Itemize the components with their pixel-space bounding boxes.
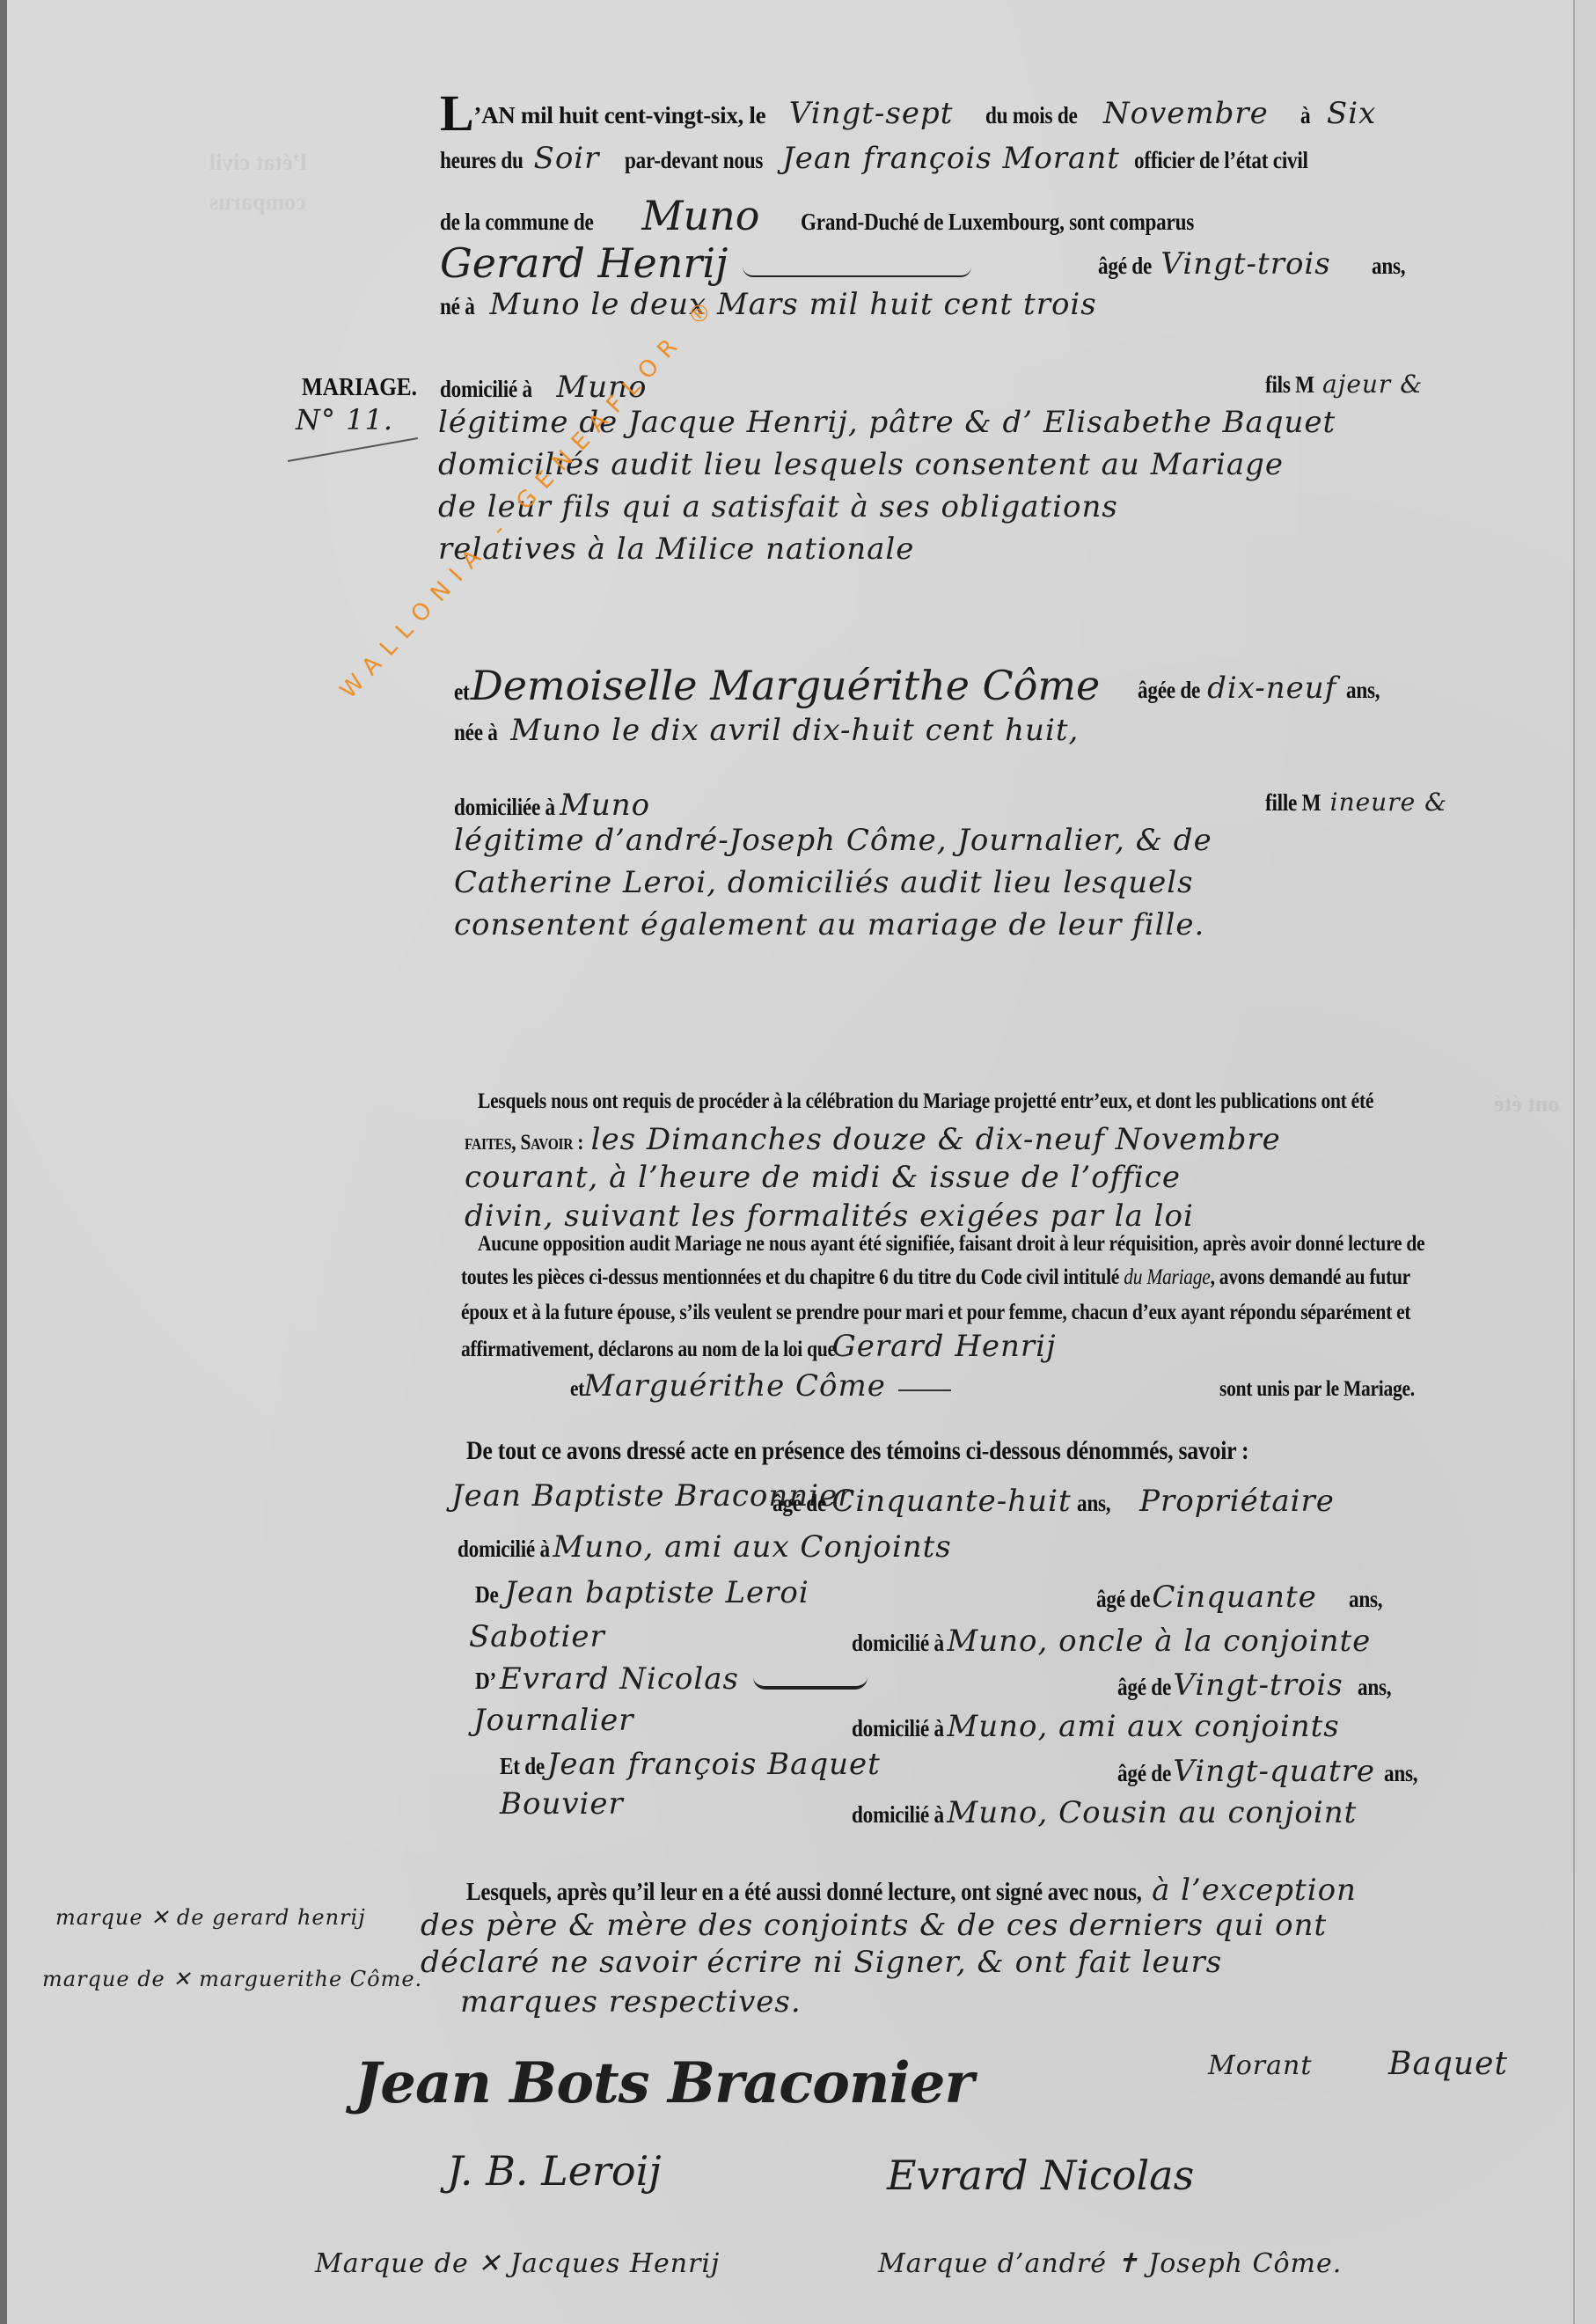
signature-leroi: J. B. Leroij <box>447 2147 662 2195</box>
publications-line-4: divin, suivant les formalités exigées pa… <box>465 1199 1194 1234</box>
printed-text: heures du <box>440 147 523 174</box>
bride-birth-line: née à Muno le dix avril dix-huit cent hu… <box>454 713 1079 748</box>
united-text: sont unis par le Mariage. <box>1219 1377 1415 1402</box>
witness-2-domicile-line: domicilié à Muno, oncle à la conjointe <box>852 1624 1371 1659</box>
bride-birth: Muno le dix avril dix-huit cent huit, <box>510 713 1079 748</box>
printed-text: Et de <box>500 1753 545 1780</box>
bride-status: ineure & <box>1330 788 1447 817</box>
bleed-through-text: ont été <box>1494 1091 1559 1118</box>
publications-line-2: faites, Savoir : les Dimanches douze & d… <box>465 1122 1281 1157</box>
declaration-line-5: et Marguérithe Côme <box>570 1368 958 1404</box>
groom-fils-line: fils Majeur & <box>1265 370 1423 399</box>
witness-3-domicile: Muno, ami aux conjoints <box>947 1709 1339 1744</box>
bride-age-line: âgée de dix-neuf ans, <box>1138 671 1385 706</box>
printed-text: à <box>1300 102 1310 129</box>
witness-2-line: De Jean baptiste Leroi <box>475 1575 809 1610</box>
witness-2-occupation: Sabotier <box>469 1619 605 1654</box>
printed-text: ans, <box>1346 677 1380 704</box>
mark-andre-joseph-come: Marque d’andré ✝ Joseph Côme. <box>878 2248 1342 2279</box>
groom-line: Gerard Henrij <box>440 239 980 287</box>
printed-text: affirmativement, déclarons au nom de la … <box>461 1338 836 1362</box>
header-line-2: heures du Soir par-devant nous Jean fran… <box>440 141 1336 176</box>
printed-text: domicilié à <box>852 1801 944 1829</box>
printed-text: officier de l’état civil <box>1134 147 1308 174</box>
dash <box>898 1389 951 1391</box>
witness-1-occupation: Propriétaire <box>1139 1484 1335 1519</box>
printed-text: Grand-Duché de Luxembourg, sont comparus <box>801 209 1194 236</box>
printed-text: De <box>475 1581 499 1609</box>
closing-line-1: Lesquels, après qu’il leur en a été auss… <box>466 1873 1357 1908</box>
signature-braconnier: Jean Bots Braconier <box>355 2050 973 2116</box>
bride-name: Demoiselle Marguérithe Côme <box>471 662 1100 709</box>
signature-baquet: Baquet <box>1388 2046 1508 2082</box>
closing-exception: à l’exception <box>1152 1873 1357 1908</box>
witness-2-domicile: Muno, oncle à la conjointe <box>947 1624 1371 1659</box>
declaration-line-3: époux et à la future épouse, s’ils veule… <box>461 1301 1410 1325</box>
witness-4-domicile: Muno, Cousin au conjoint <box>947 1795 1357 1830</box>
register-page: l’état civil comparus ont été MARIAGE. N… <box>7 0 1573 2324</box>
witness-1-domicile-line: domicilié à Muno, ami aux Conjoints <box>458 1529 952 1565</box>
printed-text: et <box>570 1377 584 1402</box>
witness-3-occupation: Journalier <box>473 1703 634 1738</box>
commune-field: Muno <box>641 192 759 239</box>
witness-2-name: Jean baptiste Leroi <box>504 1575 809 1610</box>
day-field: Vingt-sept <box>789 96 954 131</box>
printed-text: âgé de <box>1096 1586 1150 1613</box>
printed-text: né à <box>440 293 475 320</box>
witness-1-age: Cinquante-huit <box>831 1484 1071 1519</box>
printed-text: domicilié à <box>852 1630 944 1657</box>
publications-text: Lesquels nous ont requis de procéder à l… <box>478 1089 1373 1114</box>
bleed-through-text: l’état civil <box>209 150 306 176</box>
signature-officer: Morant <box>1208 2050 1312 2081</box>
witness-4-line: Et de Jean françois Baquet <box>500 1747 881 1782</box>
printed-text: ans, <box>1358 1674 1391 1701</box>
printed-text: âgé de <box>1117 1760 1171 1787</box>
publication-dates: les Dimanches douze & dix-neuf Novembre <box>591 1122 1281 1157</box>
printed-text: D’ <box>475 1668 496 1695</box>
margin-rule <box>288 437 418 462</box>
witness-3-domicile-line: domicilié à Muno, ami aux conjoints <box>852 1709 1340 1744</box>
declaration-line-1: Aucune opposition audit Mariage ne nous … <box>478 1232 1424 1257</box>
witness-3-age: Vingt-trois <box>1173 1668 1343 1703</box>
margin-title: MARIAGE. <box>302 374 417 402</box>
printed-text: du mois de <box>985 102 1078 129</box>
bride-domicile: Muno <box>560 788 650 823</box>
closing-line-4: marques respectives. <box>460 1984 802 2020</box>
printed-text: ’AN mil huit cent-vingt-six, le <box>473 102 765 128</box>
mark-jacques-henrij: Marque de ✕ Jacques Henrij <box>315 2248 720 2279</box>
witness-1-domicile: Muno, ami aux Conjoints <box>553 1529 951 1565</box>
printed-text: faites, Savoir : <box>465 1131 583 1155</box>
witnesses-intro: De tout ce avons dressé acte en présence… <box>466 1436 1248 1466</box>
header-line-1: L’AN mil huit cent-vingt-six, le Vingt-s… <box>440 88 1376 139</box>
officer-name: Jean françois Morant <box>782 141 1120 176</box>
printed-text: âgé de <box>1098 253 1152 280</box>
printed-text: et <box>454 678 470 706</box>
bleed-through-text: comparus <box>209 189 306 216</box>
bride-parents-2: Catherine Leroi, domiciliés audit lieu l… <box>454 865 1194 900</box>
printed-text: née à <box>454 719 498 746</box>
printed-text: domicilié à <box>852 1715 944 1742</box>
facing-page-strip <box>1575 0 1596 2324</box>
printed-text: fille M <box>1265 789 1321 817</box>
printed-text: âgé de <box>772 1490 826 1517</box>
printed-text: ans, <box>1077 1490 1110 1517</box>
bride-age: dix-neuf <box>1207 671 1336 706</box>
scan-left-border <box>0 0 7 2324</box>
witness-2-age-line: âgé de Cinquante ans, <box>1096 1580 1388 1615</box>
witness-3-line: D’Evrard Nicolas <box>475 1661 876 1697</box>
groom-age-line: âgé de Vingt-trois ans, <box>1098 246 1411 282</box>
witness-3-age-line: âgé de Vingt-trois ans, <box>1117 1668 1397 1703</box>
printed-text: domicilié à <box>458 1536 550 1563</box>
bride-fille-line: fille Mineure & <box>1265 788 1447 817</box>
witness-1-age-line: âgé de Cinquante-huit ans, Propriétaire <box>772 1484 1335 1519</box>
printed-text: fils M <box>1265 371 1314 399</box>
bride-domicile-line: domiciliée à Muno <box>454 788 650 823</box>
printed-text: , avons demandé au futur <box>1211 1265 1410 1289</box>
month-field: Novembre <box>1103 96 1269 131</box>
printed-text: domicilié à <box>440 376 532 403</box>
time-field: Soir <box>534 141 600 176</box>
witness-4-name: Jean françois Baquet <box>547 1747 881 1782</box>
printed-text: âgé de <box>1117 1674 1171 1701</box>
printed-text: par-devant nous <box>625 147 763 174</box>
printed-text: ans, <box>1349 1586 1382 1613</box>
bride-parents-3: consentent également au mariage de leur … <box>454 907 1204 942</box>
flourish <box>753 1677 868 1690</box>
printed-text: Lesquels, après qu’il leur en a été auss… <box>466 1878 1142 1907</box>
witness-4-age: Vingt-quatre <box>1173 1754 1375 1789</box>
groom-status: ajeur & <box>1322 370 1423 399</box>
printed-text: ans, <box>1384 1760 1417 1787</box>
act-number: N° 11. <box>296 403 393 436</box>
witness-4-age-line: âgé de Vingt-quatre ans, <box>1117 1754 1424 1789</box>
groom-mark: marque ✕ de gerard henrij <box>55 1905 366 1930</box>
hour-field: Six <box>1327 96 1376 131</box>
declaration-line-4: affirmativement, déclarons au nom de la … <box>461 1329 1057 1364</box>
bride-parents-1: légitime d’andré-Joseph Côme, Journalier… <box>454 823 1212 858</box>
groom-name-declared: Gerard Henrij <box>832 1329 1057 1364</box>
flourish <box>743 267 971 277</box>
groom-birth: Muno le deux Mars mil huit cent trois <box>490 287 1097 322</box>
italic-text: du Mariage <box>1124 1265 1210 1289</box>
bride-name-declared: Marguérithe Côme <box>583 1368 886 1404</box>
printed-text: toutes les pièces ci-dessus mentionnées … <box>461 1265 1119 1289</box>
printed-text: de la commune de <box>440 209 594 236</box>
bride-line: et Demoiselle Marguérithe Côme <box>454 662 1100 709</box>
groom-name: Gerard Henrij <box>440 239 728 287</box>
witness-3-name: Evrard Nicolas <box>500 1661 739 1697</box>
bride-mark: marque de ✕ marguerithe Côme. <box>42 1967 422 1991</box>
witness-2-age: Cinquante <box>1152 1580 1316 1615</box>
groom-birth-line: né à Muno le deux Mars mil huit cent tro… <box>440 287 1097 322</box>
printed-text: domiciliée à <box>454 794 555 821</box>
closing-line-2: des père & mère des conjoints & de ces d… <box>421 1908 1327 1943</box>
printed-text: âgée de <box>1138 677 1200 704</box>
signature-evrard-nicolas: Evrard Nicolas <box>887 2152 1194 2199</box>
printed-text: ans, <box>1372 253 1405 280</box>
header-line-3: de la commune de Muno Grand-Duché de Lux… <box>440 192 1258 239</box>
closing-line-3: déclaré ne savoir écrire ni Signer, & on… <box>421 1945 1222 1980</box>
witness-4-domicile-line: domicilié à Muno, Cousin au conjoint <box>852 1795 1357 1830</box>
publications-line-3: courant, à l’heure de midi & issue de l’… <box>465 1160 1181 1195</box>
declaration-line-2: toutes les pièces ci-dessus mentionnées … <box>461 1265 1410 1290</box>
groom-age: Vingt-trois <box>1160 246 1330 282</box>
drop-cap: L <box>440 84 473 142</box>
witness-4-occupation: Bouvier <box>500 1786 624 1822</box>
